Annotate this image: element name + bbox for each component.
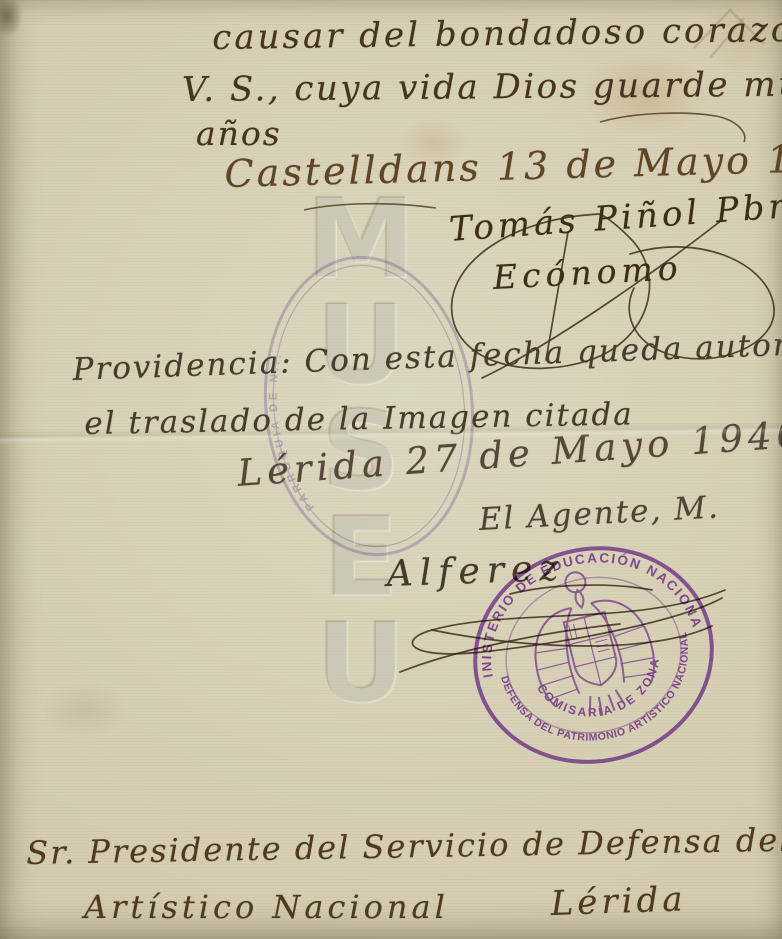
handwritten-closing-line-1: causar del bondadoso corazon de xyxy=(212,9,782,58)
eagle-head xyxy=(574,589,586,608)
handwritten-closing-line-3: años xyxy=(196,114,282,153)
stain-spot xyxy=(40,680,130,740)
handwritten-dateline-castelldans: Castelldans 13 de Mayo 1940 xyxy=(224,135,782,196)
handwritten-address-city: Lérida xyxy=(550,879,687,924)
handwritten-closing-line-2: V. S., cuya vida Dios guarde muchos xyxy=(182,64,782,110)
corner-mark xyxy=(0,0,22,36)
handwritten-address-line-2: Artístico Nacional xyxy=(84,888,449,926)
handwritten-address-line-1: Sr. Presidente del Servicio de Defensa d… xyxy=(26,817,782,872)
scanned-document-page: M U S E U PARROQUIA DE N... causar del b… xyxy=(0,0,782,939)
eagle-left-wing xyxy=(524,608,593,709)
underline-path xyxy=(304,204,436,210)
underline-path xyxy=(600,113,745,142)
eagle-emblem xyxy=(516,558,666,728)
